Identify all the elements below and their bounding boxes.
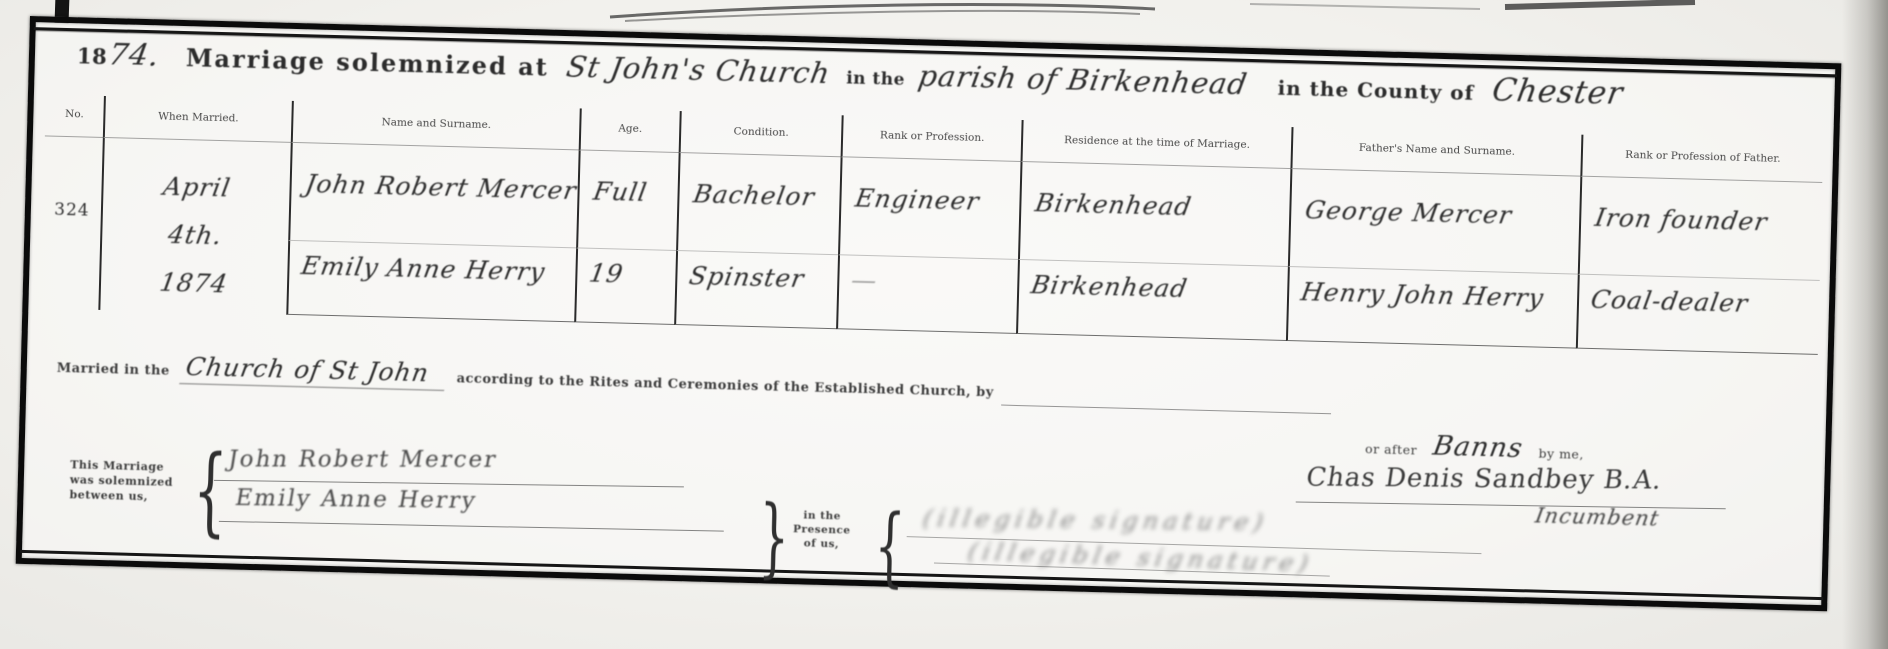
cell-groom-father-name: George Mercer [1288, 169, 1580, 275]
presence-label-line3: of us, [804, 537, 840, 550]
col-header-no: No. [45, 94, 104, 138]
by-me-label: by me, [1538, 446, 1584, 462]
marriage-label-line3: between us, [69, 488, 148, 503]
presence-label-line2: Presence [793, 523, 851, 536]
col-header-condition: Condition. [679, 111, 842, 157]
marriage-label-line1: This Marriage [70, 458, 164, 473]
year-handwritten: 74. [106, 37, 163, 73]
cell-when-married: April 4th. 1874 [98, 138, 290, 315]
groom-age-handwritten: Full [591, 177, 649, 207]
parish-handwritten: parish of Birkenhead [916, 58, 1250, 100]
after-banns-line: or after Banns by me, [1365, 429, 1585, 466]
bride-age-handwritten: 19 [587, 259, 626, 289]
groom-signature: John Robert Mercer [226, 447, 499, 473]
presence-of-us-label: in the Presence of us, [784, 508, 859, 552]
open-brace-witnesses: { [873, 496, 906, 597]
in-the-label: in the [846, 68, 905, 90]
groom-rank-handwritten: Engineer [853, 184, 982, 216]
when-married-day: 4th. [165, 212, 226, 258]
col-header-father-rank: Rank or Profession of Father. [1580, 135, 1823, 183]
groom-condition-handwritten: Bachelor [691, 179, 817, 211]
cell-bride-condition: Spinster [674, 251, 838, 329]
groom-residence-handwritten: Birkenhead [1033, 188, 1194, 221]
scan-edge-shadow [1842, 0, 1888, 649]
bride-signature: Emily Anne Herry [233, 485, 479, 514]
year-printed: 18 [77, 43, 108, 69]
county-label: in the County of [1277, 76, 1474, 105]
bride-father-rank-handwritten: Coal-dealer [1589, 285, 1751, 318]
county-handwritten: Chester [1489, 72, 1626, 111]
bride-name-handwritten: Emily Anne Herry [299, 251, 547, 286]
cell-groom-father-rank: Iron founder [1578, 177, 1822, 281]
certificate-frame: 18 74. Marriage solemnized at St John's … [16, 16, 1842, 611]
or-after-label: or after [1365, 441, 1417, 457]
banns-handwritten: Banns [1431, 431, 1526, 464]
solemnized-label: Marriage solemnized at [186, 43, 550, 81]
cell-groom-age: Full [576, 150, 679, 251]
cell-bride-father-rank: Coal-dealer [1576, 275, 1820, 355]
cutoff-handwriting-remnant [600, 0, 1800, 24]
officiant-title-handwritten: Incumbent [1533, 504, 1661, 531]
col-header-rank: Rank or Profession. [841, 115, 1022, 162]
cell-groom-name: John Robert Mercer [288, 143, 578, 249]
cell-bride-rank: — [836, 255, 1018, 334]
cell-groom-condition: Bachelor [676, 153, 841, 255]
church-of-handwritten: Church of St John [179, 352, 449, 391]
groom-father-rank-handwritten: Iron founder [1593, 203, 1770, 236]
cell-bride-residence: Birkenhead [1016, 260, 1288, 341]
register-table: No. When Married. Name and Surname. Age.… [40, 94, 1823, 354]
open-brace-couple: { [192, 434, 229, 547]
when-married-year: 1874 [157, 260, 232, 307]
when-married-month: April [159, 164, 233, 211]
bride-father-name-handwritten: Henry John Herry [1299, 277, 1546, 312]
certificate-heading: 18 74. Marriage solemnized at St John's … [77, 35, 1624, 111]
cell-groom-residence: Birkenhead [1018, 162, 1290, 267]
col-header-father-name: Father's Name and Surname. [1290, 127, 1581, 177]
frame-inner-rule-bottom [20, 550, 1823, 600]
marriage-label-line2: was solemnized [70, 473, 173, 489]
married-in-label: Married in the [57, 361, 170, 379]
cell-bride-father-name: Henry John Herry [1286, 267, 1578, 349]
cell-entry-no: 324 [40, 136, 102, 309]
bride-residence-handwritten: Birkenhead [1029, 270, 1190, 303]
col-header-age: Age. [579, 108, 680, 153]
witness-signature-2: (illegible signature) [966, 537, 1316, 577]
col-header-residence: Residence at the time of Marriage. [1021, 120, 1292, 169]
col-header-when-married: When Married. [103, 96, 292, 143]
marriage-solemnized-label: This Marriage was solemnized between us, [69, 457, 190, 505]
cell-bride-age: 19 [574, 248, 676, 325]
groom-name-handwritten: John Robert Mercer [303, 169, 579, 205]
presence-label-line1: in the [803, 509, 841, 522]
bride-rank-blank-dash: — [849, 266, 880, 296]
rites-ceremonies-label: according to the Rites and Ceremonies of… [456, 371, 994, 400]
officiant-signature: Chas Denis Sandbey B.A. [1304, 463, 1664, 496]
cell-bride-name: Emily Anne Herry [286, 241, 576, 323]
church-name-handwritten: St John's Church [564, 49, 833, 90]
blank-rule [1001, 405, 1331, 415]
bride-signature-rule [219, 521, 724, 532]
cell-groom-rank: Engineer [838, 157, 1021, 260]
witness-signature-1: (illegible signature) [921, 504, 1271, 536]
scanned-marriage-register: 18 74. Marriage solemnized at St John's … [0, 0, 1888, 649]
col-header-name-surname: Name and Surname. [291, 101, 580, 151]
groom-father-name-handwritten: George Mercer [1303, 196, 1514, 230]
solemnization-line: Married in the Church of St John accordi… [56, 349, 1332, 414]
bride-condition-handwritten: Spinster [687, 261, 807, 293]
